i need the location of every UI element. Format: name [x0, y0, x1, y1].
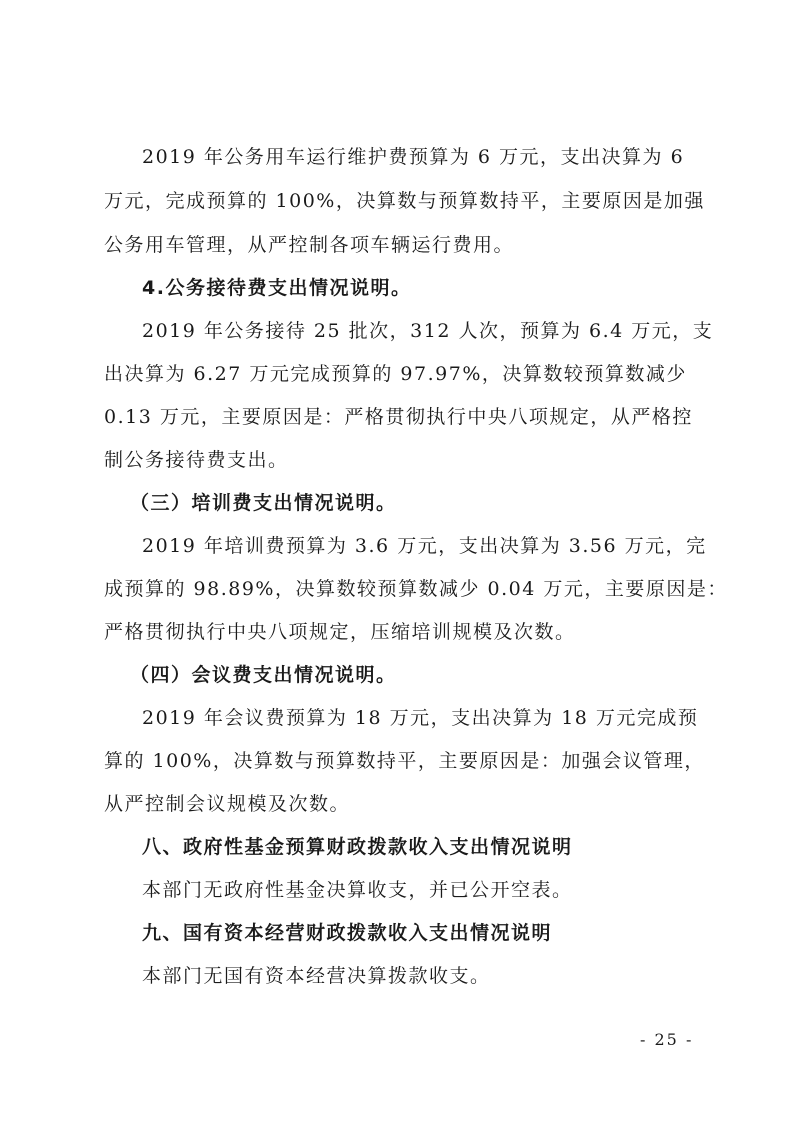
page-number: - 25 - — [640, 1030, 693, 1049]
training-paragraph-line-2: 成预算的 98.89%，决算数较预算数减少 0.04 万元，主要原因是： — [104, 574, 686, 601]
section-8-paragraph: 本部门无政府性基金决算收支，并已公开空表。 — [142, 875, 573, 902]
training-heading: （三）培训费支出情况说明。 — [130, 488, 397, 515]
section-9-paragraph: 本部门无国有资本经营决算拨款收支。 — [142, 961, 491, 988]
reception-paragraph-line-2: 出决算为 6.27 万元完成预算的 97.97%，决算数较预算数减少 — [104, 359, 686, 386]
section-8-heading: 八、政府性基金预算财政拨款收入支出情况说明 — [142, 832, 573, 859]
training-paragraph-line-3: 严格贯彻执行中央八项规定，压缩培训规模及次数。 — [104, 617, 576, 644]
meeting-paragraph-line-3: 从严控制会议规模及次数。 — [104, 789, 350, 816]
section-9-heading: 九、国有资本经营财政拨款收入支出情况说明 — [142, 918, 552, 945]
reception-paragraph-line-3: 0.13 万元，主要原因是：严格贯彻执行中央八项规定，从严格控 — [104, 402, 686, 429]
vehicle-paragraph-line-1: 2019 年公务用车运行维护费预算为 6 万元，支出决算为 6 — [142, 142, 684, 169]
vehicle-paragraph-line-2: 万元，完成预算的 100%，决算数与预算数持平，主要原因是加强 — [104, 186, 686, 213]
meeting-paragraph-line-1: 2019 年会议费预算为 18 万元，支出决算为 18 万元完成预 — [142, 703, 698, 730]
reception-heading: 4.公务接待费支出情况说明。 — [142, 273, 411, 300]
training-paragraph-line-1: 2019 年培训费预算为 3.6 万元，支出决算为 3.56 万元，完 — [142, 531, 707, 558]
document-page: 2019 年公务用车运行维护费预算为 6 万元，支出决算为 6 万元，完成预算的… — [0, 0, 793, 1122]
meeting-paragraph-line-2: 算的 100%，决算数与预算数持平，主要原因是：加强会议管理， — [104, 746, 686, 773]
reception-paragraph-line-1: 2019 年公务接待 25 批次，312 人次，预算为 6.4 万元，支 — [142, 316, 713, 343]
meeting-heading: （四）会议费支出情况说明。 — [130, 660, 397, 687]
reception-paragraph-line-4: 制公务接待费支出。 — [104, 445, 289, 472]
vehicle-paragraph-line-3: 公务用车管理，从严控制各项车辆运行费用。 — [104, 230, 514, 257]
